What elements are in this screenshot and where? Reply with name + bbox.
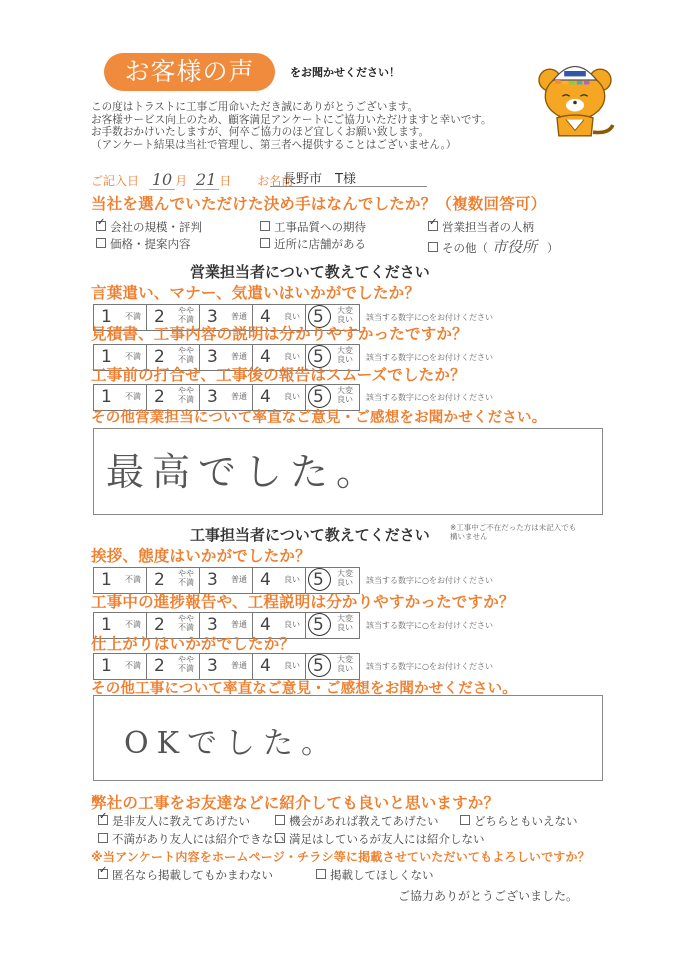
construction-rating-3[interactable]: 1不満 2やや 不満 3普通 4良い 5大変 良い	[93, 653, 360, 680]
sales-comment-field[interactable]: 最高でした。	[93, 428, 603, 515]
decision-option-company[interactable]: 会社の規模・評判	[96, 219, 202, 235]
checkbox-icon[interactable]	[98, 833, 108, 843]
checkbox-icon[interactable]	[98, 815, 108, 825]
construction-comment-field[interactable]: OKでした。	[93, 695, 603, 781]
rating-option-4[interactable]: 4良い	[253, 654, 306, 679]
name-field[interactable]: 長野市 T様	[283, 168, 356, 187]
day-field[interactable]: 21	[193, 170, 219, 190]
survey-subtitle: をお聞かせください！	[290, 64, 400, 80]
rating-option-5[interactable]: 5大変 良い	[306, 613, 359, 638]
rating-option-1[interactable]: 1不満	[94, 654, 147, 679]
decision-option-other[interactable]: その他（市役所）	[428, 236, 559, 257]
decision-question: 当社を選んでいただけた決め手はなんでしたか？（複数回答可）	[91, 192, 546, 214]
checkbox-icon[interactable]	[96, 221, 106, 231]
publish-option-no[interactable]: 掲載してほしくない	[316, 867, 434, 883]
checkbox-icon[interactable]	[460, 815, 470, 825]
checkbox-icon[interactable]	[428, 221, 438, 231]
intro-text: この度はトラストに工事ご用命いただき誠にありがとうございます。 お客様サービス向…	[91, 101, 492, 151]
day-label: 日	[219, 174, 231, 188]
rating-option-5[interactable]: 5大変 良い	[306, 654, 359, 679]
name-underline	[270, 186, 427, 187]
thanks-message: ご協力ありがとうございました。	[398, 887, 578, 904]
other-field[interactable]: 市役所	[492, 238, 537, 256]
referral-option-satisfied-no-refer[interactable]: 満足はしているが友人には紹介しない	[275, 831, 485, 847]
checkbox-icon[interactable]	[96, 238, 106, 248]
construction-section-heading: 工事担当者について教えてください	[190, 524, 430, 545]
rating-instruction: 該当する数字に○をお付けください	[366, 620, 493, 631]
decision-option-nearby-store[interactable]: 近所に店舗がある	[260, 236, 366, 252]
date-label: ご記入日	[91, 174, 139, 188]
decision-option-quality[interactable]: 工事品質への期待	[260, 219, 366, 235]
construction-question-3: 仕上がりはいかがでしたか？	[91, 632, 295, 654]
sales-comment-prompt: その他営業担当について率直なご意見・ご感想をお聞かせください。	[91, 406, 546, 427]
checkbox-icon[interactable]	[98, 869, 108, 879]
sales-question-1: 言葉遣い、マナー、気遣いはいかがでしたか？	[91, 281, 420, 303]
publish-question: ※当アンケート内容をホームページ・チラシ等に掲載させていただいてもよろしいですか…	[91, 848, 590, 865]
checkbox-icon[interactable]	[260, 238, 270, 248]
construction-note: ※工事中ご不在だった方は未記入でも 構いません	[450, 523, 576, 541]
checkbox-icon[interactable]	[316, 869, 326, 879]
referral-question: 弊社の工事をお友達などに紹介しても良いと思いますか？	[91, 791, 499, 813]
checkbox-icon[interactable]	[275, 815, 285, 825]
referral-option-neutral[interactable]: どちらともいえない	[460, 813, 578, 829]
bear-mascot-icon	[530, 52, 620, 144]
rating-instruction: 該当する数字に○をお付けください	[366, 392, 493, 403]
sales-question-2: 見積書、工事内容の説明は分かりやすかったですか？	[91, 322, 468, 344]
rating-instruction: 該当する数字に○をお付けください	[366, 352, 493, 363]
survey-title: お客様の声	[104, 53, 275, 91]
sales-question-3: 工事前の打合せ、工事後の報告はスムーズでしたか？	[91, 363, 466, 385]
checkbox-icon[interactable]	[275, 833, 285, 843]
checkbox-icon[interactable]	[260, 221, 270, 231]
referral-option-dissatisfied[interactable]: 不満があり友人には紹介できない	[98, 831, 285, 847]
rating-instruction: 該当する数字に○をお付けください	[366, 661, 493, 672]
rating-instruction: 該当する数字に○をお付けください	[366, 575, 493, 586]
sales-section-heading: 営業担当者について教えてください	[190, 261, 430, 282]
entry-date-row: ご記入日 10月 21日 お名前	[91, 170, 293, 189]
rating-option-2[interactable]: 2やや 不満	[147, 654, 200, 679]
month-label: 月	[175, 174, 187, 188]
rating-option-3[interactable]: 3普通	[200, 654, 253, 679]
decision-option-price[interactable]: 価格・提案内容	[96, 236, 191, 252]
referral-option-recommend[interactable]: 是非友人に教えてあげたい	[98, 813, 250, 829]
construction-question-2: 工事中の進捗報告や、工程説明は分かりやすかったですか？	[91, 590, 515, 612]
checkbox-icon[interactable]	[428, 242, 438, 252]
decision-option-salesperson[interactable]: 営業担当者の人柄	[428, 219, 534, 235]
referral-option-if-chance[interactable]: 機会があれば教えてあげたい	[275, 813, 439, 829]
construction-question-1: 挨拶、態度はいかがでしたか？	[91, 544, 311, 566]
month-field[interactable]: 10	[149, 170, 175, 190]
publish-option-anonymous[interactable]: 匿名なら掲載してもかまわない	[98, 867, 273, 883]
